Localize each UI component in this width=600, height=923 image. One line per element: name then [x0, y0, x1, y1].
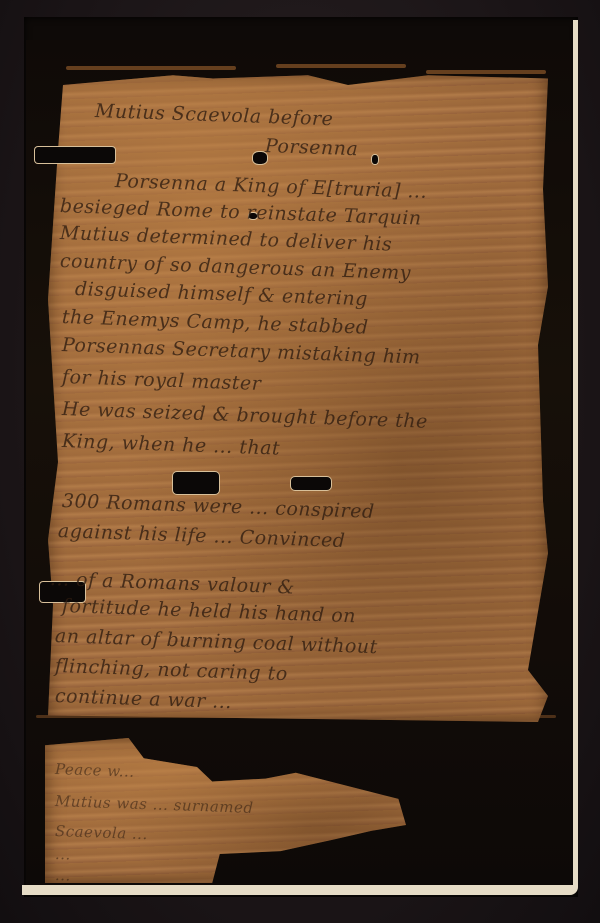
fragment-line: Scaevola ... — [55, 822, 148, 843]
fragment-line: Peace w... — [55, 760, 135, 781]
manuscript-line: He was seized & brought before the — [62, 398, 429, 433]
manuscript-line: fortitude he held his hand on — [62, 595, 357, 627]
manuscript-subtitle-line: Porsenna — [265, 135, 359, 160]
manuscript-line: for his royal master — [62, 366, 262, 395]
manuscript-line: against his life ... Convinced — [58, 520, 346, 552]
manuscript-line: ... of a Romans valour & — [50, 568, 296, 599]
manuscript-line: King, when he ... that — [62, 430, 281, 460]
manuscript-line: flinching, not caring to — [55, 655, 288, 685]
fragment-line: ... — [55, 845, 71, 864]
manuscript-line: the Enemys Camp, he stabbed — [62, 306, 369, 339]
fragment-line: ... — [55, 866, 71, 885]
manuscript-line: an altar of burning coal without — [55, 625, 378, 658]
manuscript-line: continue a war ... — [55, 685, 233, 713]
manuscript-line: Porsennas Secretary mistaking him — [62, 334, 421, 369]
manuscript-line: Mutius determined to deliver his — [60, 222, 393, 256]
manuscript-line: disguised himself & entering — [75, 278, 369, 310]
fragment-line: Mutius was ... surnamed — [55, 792, 254, 817]
handwriting-layer: Mutius Scaevola before Porsenna Porsenna… — [0, 0, 600, 923]
manuscript-line: 300 Romans were ... conspired — [62, 490, 375, 523]
manuscript-title-line: Mutius Scaevola before — [95, 100, 334, 130]
